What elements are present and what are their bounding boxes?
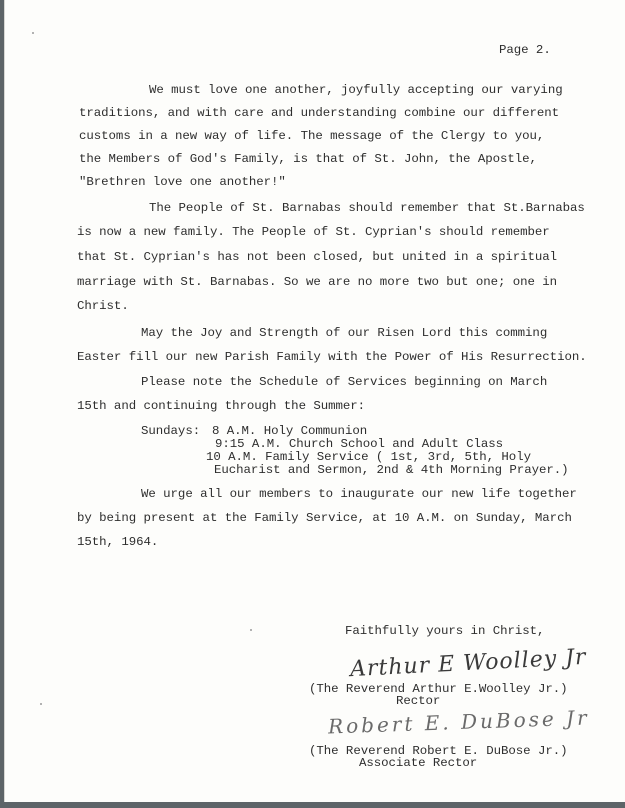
- paragraph-5-line: 15th, 1964.: [77, 535, 158, 549]
- closing-salutation: Faithfully yours in Christ,: [345, 624, 544, 638]
- paragraph-4-line: 15th and continuing through the Summer:: [77, 399, 365, 413]
- signatory-title: Rector: [396, 694, 440, 708]
- paragraph-5-line: We urge all our members to inaugurate ou…: [141, 487, 577, 501]
- paragraph-2-line: Christ.: [77, 299, 129, 313]
- schedule-item: 9:15 A.M. Church School and Adult Class: [215, 437, 503, 451]
- paragraph-4-line: Please note the Schedule of Services beg…: [141, 375, 547, 389]
- scan-speck: [40, 703, 42, 705]
- scan-speck: [32, 32, 34, 34]
- paragraph-2-line: marriage with St. Barnabas. So we are no…: [77, 275, 557, 289]
- schedule-item: Eucharist and Sermon, 2nd & 4th Morning …: [214, 463, 569, 477]
- paragraph-2-line: The People of St. Barnabas should rememb…: [149, 201, 585, 215]
- paragraph-1-line: traditions, and with care and understand…: [79, 106, 559, 120]
- paragraph-2-line: is now a new family. The People of St. C…: [77, 225, 550, 239]
- paragraph-1-line: We must love one another, joyfully accep…: [149, 83, 563, 97]
- scan-speck: [250, 629, 252, 631]
- page-number: Page 2.: [499, 43, 551, 57]
- signature-arthur-woolley: Arthur E Woolley Jr: [350, 645, 588, 682]
- schedule-item: 10 A.M. Family Service ( 1st, 3rd, 5th, …: [206, 450, 531, 464]
- paragraph-5-line: by being present at the Family Service, …: [77, 511, 572, 525]
- paragraph-2-line: that St. Cyprian's has not been closed, …: [77, 250, 557, 264]
- schedule-item: 8 A.M. Holy Communion: [212, 424, 367, 438]
- signature-robert-dubose: Robert E. DuBose Jr: [328, 705, 590, 738]
- paragraph-3-line: May the Joy and Strength of our Risen Lo…: [141, 326, 547, 340]
- paragraph-1-line: the Members of God's Family, is that of …: [79, 152, 537, 166]
- schedule-label: Sundays:: [141, 424, 200, 438]
- paragraph-1-line: "Brethren love one another!": [79, 175, 286, 189]
- paragraph-1-line: customs in a new way of life. The messag…: [79, 129, 544, 143]
- signatory-title: Associate Rector: [359, 756, 477, 770]
- paragraph-3-line: Easter fill our new Parish Family with t…: [77, 350, 587, 364]
- letter-page: Page 2. We must love one another, joyful…: [4, 0, 625, 802]
